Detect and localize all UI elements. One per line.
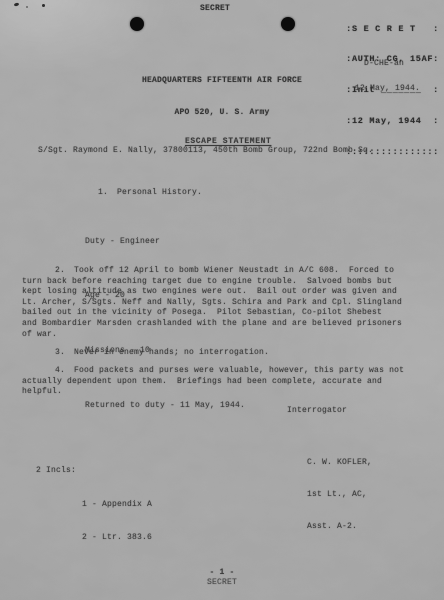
paragraph-number: 4. — [55, 366, 65, 375]
document-content: SECRET :S E C R E T : :AUTH: CG, 15AF: :… — [0, 0, 444, 600]
enclosure-item: 2 - Ltr. 383.6 — [82, 532, 152, 543]
paragraph-4: 4.Food packets and purses were valuable,… — [22, 366, 428, 398]
signature-block: C. W. KOFLER, 1st Lt., AC, Asst. A-2. — [307, 437, 372, 554]
paragraph-text: Never in enemy hands; no interrogation. — [74, 348, 269, 357]
paragraph-text: Food packets and purses were valuable, h… — [22, 366, 404, 396]
signer-rank: 1st Lt., AC, — [307, 490, 372, 501]
enclosures-heading: 2 Incls: — [36, 466, 76, 477]
subject-line: S/Sgt. Raymond E. Nally, 37800113, 450th… — [38, 146, 373, 157]
signer-name: C. W. KOFLER, — [307, 458, 372, 469]
document-title-text: ESCAPE STATEMENT — [185, 137, 271, 146]
paragraph-2: 2.Took off 12 April to bomb Wiener Neust… — [22, 266, 428, 340]
office-symbol: D-CHE-an — [364, 59, 404, 70]
paragraph-3: 3.Never in enemy hands; no interrogation… — [22, 348, 428, 359]
enclosures-list: 1 - Appendix A 2 - Ltr. 383.6 — [82, 477, 152, 565]
interrogator-label: Interrogator — [287, 406, 347, 417]
paragraph-text: Took off 12 April to bomb Wiener Neustad… — [22, 266, 402, 339]
enclosure-item: 1 - Appendix A — [82, 499, 152, 510]
letterhead-address: APO 520, U. S. Army — [0, 108, 444, 119]
paragraph-number: 2. — [55, 266, 65, 275]
classification-footer: SECRET — [0, 578, 444, 589]
page-number: - 1 - — [0, 568, 444, 579]
paragraph-number: 3. — [55, 348, 65, 357]
detail-line-duty: Duty - Engineer — [85, 233, 245, 251]
date-line: 12 May, 1944. — [355, 84, 420, 95]
scanned-document-page: SECRET :S E C R E T : :AUTH: CG, 15AF: :… — [0, 0, 444, 600]
signer-position: Asst. A-2. — [307, 522, 372, 533]
detail-line-returned: Returned to duty - 11 May, 1944. — [85, 397, 245, 415]
stamp-line: :S E C R E T : — [346, 24, 439, 34]
